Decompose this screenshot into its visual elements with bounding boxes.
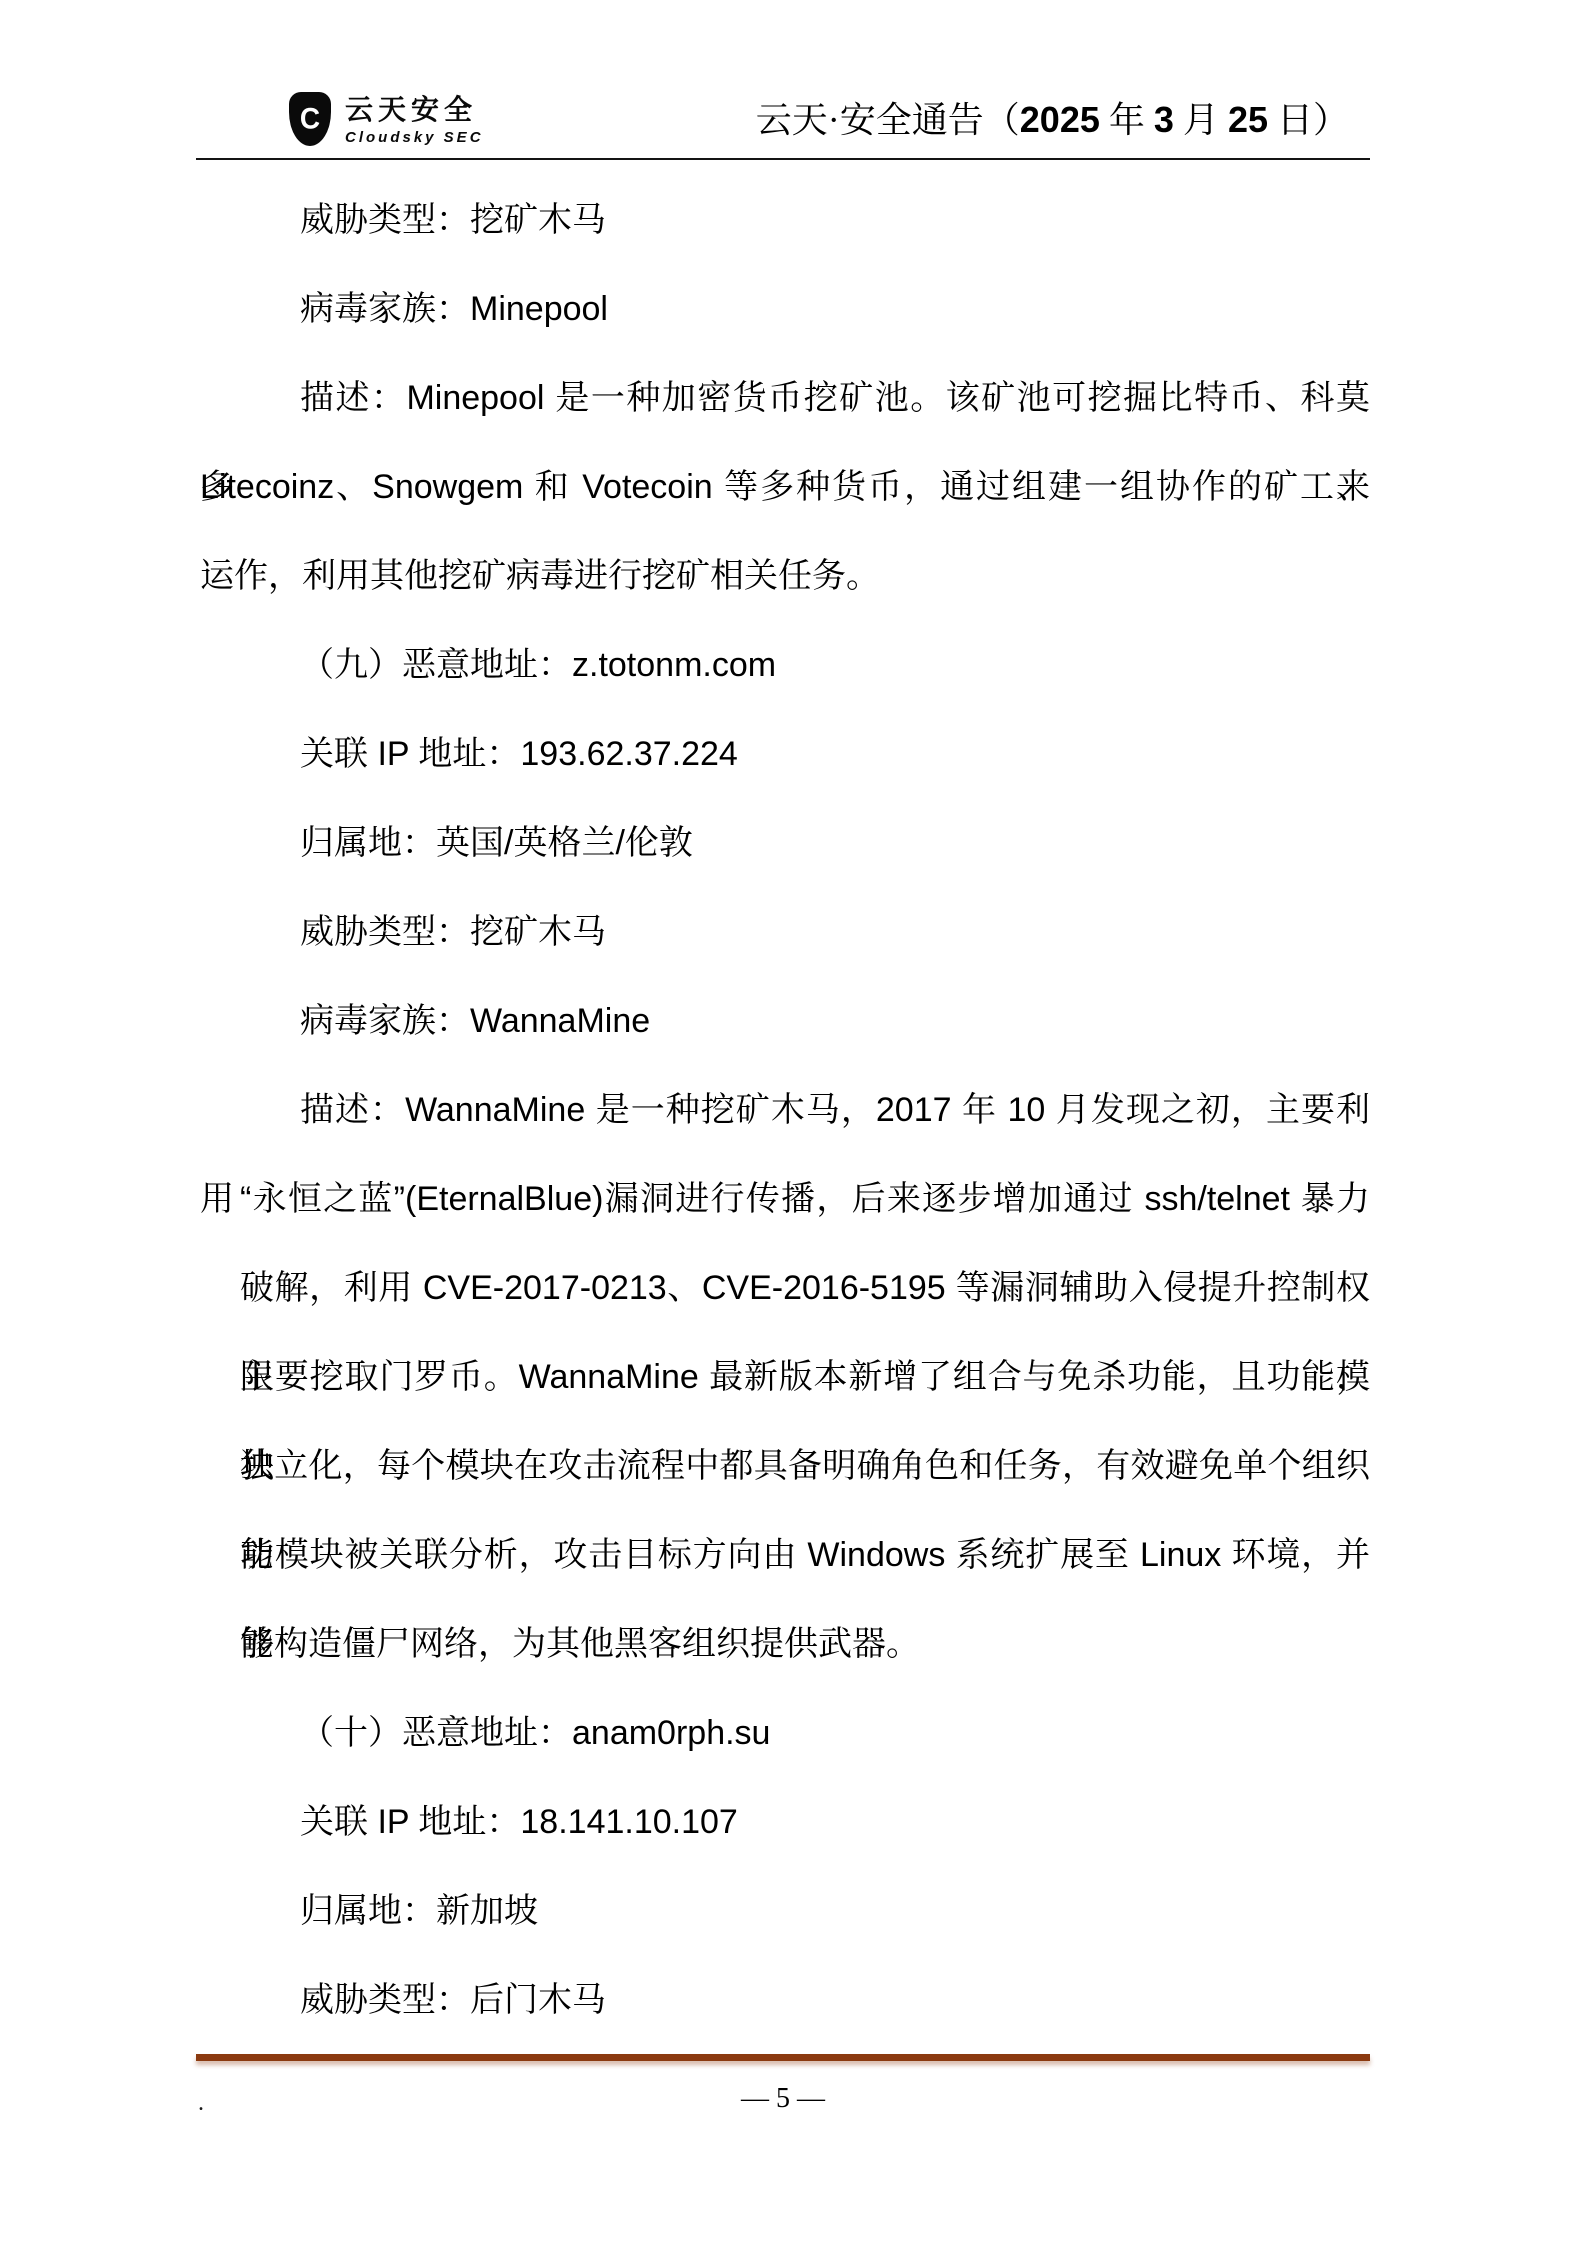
body-line-text: 关联 IP 地址：193.62.37.224 [300,735,738,773]
body-line: 能模块被关联分析，攻击目标方向由 Windows 系统扩展至 Linux 环境，… [240,1511,1370,1600]
bulletin-date-month-label: 月 [1174,100,1228,140]
body-line: 威胁类型：挖矿木马 [200,888,1370,977]
bulletin-date-year: 2025 [1020,99,1100,140]
body-line: （九）恶意地址：z.totonm.com [200,621,1370,710]
body-line-text: 威胁类型：挖矿木马 [300,201,606,239]
document-page: C 云天安全 Cloudsky SEC 云天·安全通告（2025 年 3 月 2… [0,0,1587,2245]
body-line-text: 归属地：英国/英格兰/伦敦 [300,824,693,862]
body-line-text: 病毒家族：Minepool [300,290,608,328]
bulletin-date-year-label: 年 [1100,100,1154,140]
body-line-text: Litecoinz、Snowgem 和 Votecoin 等多种货币，通过组建一… [200,468,1370,506]
page-number: — 5 — [196,2082,1370,2116]
body-line: 描述：WannaMine 是一种挖矿木马，2017 年 10 月发现之初，主要利… [200,1066,1370,1155]
brand-name-en: Cloudsky SEC [345,128,484,148]
body-line: （十）恶意地址：anam0rph.su [200,1689,1370,1778]
body-line: 关联 IP 地址：18.141.10.107 [200,1778,1370,1867]
bulletin-date-month: 3 [1154,99,1174,140]
header-divider [196,158,1370,160]
body-line: Litecoinz、Snowgem 和 Votecoin 等多种货币，通过组建一… [200,443,1370,532]
body-line: 运作，利用其他挖矿病毒进行挖矿相关任务。 [200,532,1370,621]
footer-divider [196,2054,1370,2061]
brand-name-cn: 云天安全 [345,94,484,126]
shield-logo-icon: C [289,92,331,146]
body-line: 独立化，每个模块在攻击流程中都具备明确角色和任务，有效避免单个组织功 [240,1422,1370,1511]
body-line-text: 威胁类型：后门木马 [300,1981,606,2019]
body-line-text: （九）恶意地址：z.totonm.com [300,646,776,684]
body-line-text: 运作，利用其他挖矿病毒进行挖矿相关任务。 [200,557,880,595]
body-line: “永恒之蓝”(EternalBlue)漏洞进行传播，后来逐步增加通过 ssh/t… [240,1155,1370,1244]
body-line: 归属地：英国/英格兰/伦敦 [200,799,1370,888]
body-line: 威胁类型：后门木马 [200,1956,1370,2045]
brand-text: 云天安全 Cloudsky SEC [345,92,484,148]
body-line-text: 够构造僵尸网络，为其他黑客组织提供武器。 [240,1625,920,1663]
body-line: 归属地：新加坡 [200,1867,1370,1956]
body-line: 破解，利用 CVE-2017-0213、CVE-2016-5195 等漏洞辅助入… [240,1244,1370,1333]
body-line-text: 病毒家族：WannaMine [300,1002,650,1040]
bulletin-date-day: 25 [1228,99,1268,140]
body-line: 描述：Minepool 是一种加密货币挖矿池。该矿池可挖掘比特币、科莫多、 [200,354,1370,443]
body-line-text: 归属地：新加坡 [300,1892,538,1930]
body-line: 病毒家族：Minepool [200,265,1370,354]
body-line: 病毒家族：WannaMine [200,977,1370,1066]
body-line: 主要挖取门罗币。WannaMine 最新版本新增了组合与免杀功能，且功能模块 [240,1333,1370,1422]
body-line-text: 威胁类型：挖矿木马 [300,913,606,951]
body-line-text: （十）恶意地址：anam0rph.su [300,1714,770,1752]
document-body: 威胁类型：挖矿木马病毒家族：Minepool描述：Minepool 是一种加密货… [200,176,1370,2045]
body-line: 够构造僵尸网络，为其他黑客组织提供武器。 [240,1600,1370,1689]
shield-letter: C [300,102,320,136]
body-line: 威胁类型：挖矿木马 [200,176,1370,265]
bulletin-title-prefix: 云天·安全通告（ [756,100,1020,140]
body-line-text: “永恒之蓝”(EternalBlue)漏洞进行传播，后来逐步增加通过 ssh/t… [240,1180,1370,1218]
body-line-text: 关联 IP 地址：18.141.10.107 [300,1803,738,1841]
bulletin-title: 云天·安全通告（2025 年 3 月 25 日） [756,100,1349,140]
body-line: 关联 IP 地址：193.62.37.224 [200,710,1370,799]
bulletin-date-day-label: 日） [1268,100,1349,140]
company-logo: C 云天安全 Cloudsky SEC [289,92,484,148]
